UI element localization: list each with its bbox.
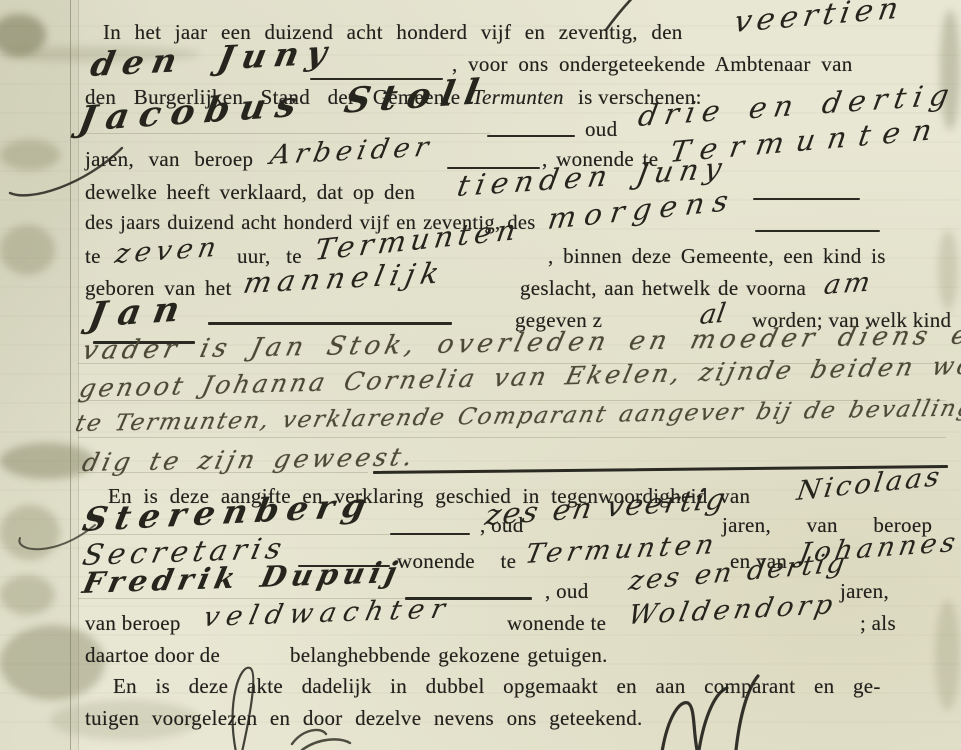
declarant-name-flourish xyxy=(10,148,122,195)
witness-name-flourish xyxy=(19,525,95,549)
handwriting-flourishes xyxy=(0,0,961,750)
birth-record-page: In het jaar een duizend acht honderd vij… xyxy=(0,0,961,750)
signature-fragment-1 xyxy=(233,668,254,750)
top-edge-stroke xyxy=(606,0,640,30)
signature-fragment-2 xyxy=(292,730,350,750)
signature-fragment-3 xyxy=(662,676,758,750)
